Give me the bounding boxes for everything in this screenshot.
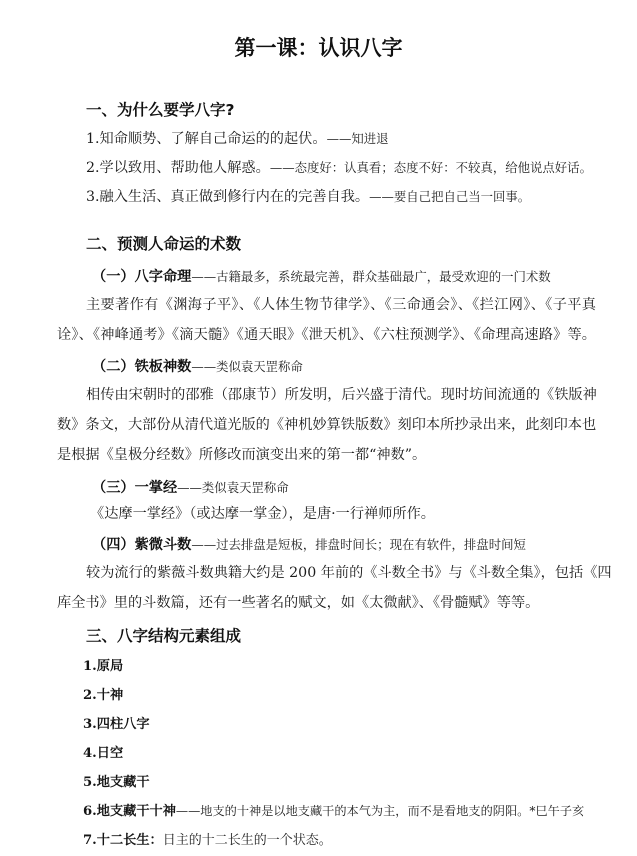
paragraph-line: 是根据《皇极分经数》所修改而演变出来的第一都“神数”。 [57, 448, 426, 462]
subsection-desc: ——过去排盘是短板，排盘时间长；现在有软件，排盘时间短 [191, 537, 526, 552]
subsection-heading: （三）一掌经——类似袁天罡称命 [92, 479, 289, 495]
item-text: 学以致用、帮助他人解惑。 [100, 160, 270, 176]
item-note: ——知进退 [327, 131, 389, 146]
item-text: 地支藏干十神 [97, 804, 176, 819]
list-item: 7.十二长生：日主的十二长生的一个状态。 [83, 834, 332, 847]
item-text: 原局 [97, 659, 123, 674]
subsection-label: （二）铁板神数 [92, 359, 191, 375]
list-item: 4.日空 [83, 747, 123, 760]
subsection-desc: ——类似袁天罡称命 [191, 359, 303, 374]
item-number: 2. [86, 160, 100, 176]
subsection-heading: （一）八字命理——古籍最多，系统最完善，群众基础最广，最受欢迎的一门术数 [92, 268, 551, 284]
item-note: ——要自己把自己当一回事。 [369, 189, 530, 204]
item-number: 6. [83, 804, 97, 819]
item-text: 融入生活、真正做到修行内在的完善自我。 [100, 189, 370, 205]
paragraph-line: 诠》、《神峰通考》《滴天髓》《通天眼》《泄天机》、《六柱预测学》、《命理高速路》… [57, 328, 596, 342]
item-text: 地支藏干 [97, 775, 150, 790]
item-number: 3. [83, 717, 97, 732]
document-page: 第一课：认识八字 一、为什么要学八字? 1.知命顺势、了解自己命运的的起伏。——… [0, 0, 637, 856]
subsection-label: （一）八字命理 [92, 269, 191, 285]
item-text: 知命顺势、了解自己命运的的起伏。 [100, 131, 327, 147]
item-number: 7. [83, 833, 97, 848]
list-item: 1.知命顺势、了解自己命运的的起伏。——知进退 [86, 132, 389, 146]
item-text: 十神 [97, 688, 123, 703]
item-text: 日空 [97, 746, 123, 761]
subsection-heading: （二）铁板神数——类似袁天罡称命 [92, 358, 303, 374]
list-item: 2.学以致用、帮助他人解惑。——态度好：认真看；态度不好：不较真，给他说点好话。 [86, 161, 592, 175]
list-item: 2.十神 [83, 689, 123, 702]
paragraph-line: 相传由宋朝时的邵雅（邵康节）所发明，后兴盛于清代。现时坊间流通的《铁版神 [86, 388, 596, 402]
subsection-label: （四）紫微斗数 [92, 537, 191, 553]
subsection-label: （三）一掌经 [92, 480, 177, 496]
item-text: 十二长生： [97, 833, 163, 848]
section-heading-why-learn: 一、为什么要学八字? [86, 103, 235, 119]
item-number: 2. [83, 688, 97, 703]
list-item: 1.原局 [83, 660, 123, 673]
item-number: 1. [83, 659, 97, 674]
item-note: 日主的十二长生的一个状态。 [163, 833, 332, 848]
page-title: 第一课：认识八字 [0, 38, 637, 59]
paragraph-line: 库全书》里的斗数篇，还有一些著名的赋文，如《太微献》、《骨髓赋》等等。 [57, 596, 539, 610]
list-item: 5.地支藏干 [83, 776, 150, 789]
list-item: 3.四柱八字 [83, 718, 150, 731]
item-note: ——态度好：认真看；态度不好：不较真，给他说点好话。 [270, 160, 592, 175]
paragraph-line: 主要著作有《渊海子平》、《人体生物节律学》、《三命通会》、《拦江网》、《子平真 [86, 298, 596, 312]
item-number: 3. [86, 189, 100, 205]
paragraph-line: 较为流行的紫薇斗数典籍大约是 200 年前的《斗数全书》与《斗数全集》，包括《四 [86, 566, 596, 580]
item-text: 四柱八字 [97, 717, 150, 732]
subsection-desc: ——古籍最多，系统最完善，群众基础最广，最受欢迎的一门术数 [191, 269, 550, 284]
paragraph-line: 《达摩一掌经》（或达摩一掌金），是唐·一行禅师所作。 [90, 507, 435, 521]
item-number: 4. [83, 746, 97, 761]
subsection-desc: ——类似袁天罡称命 [177, 480, 289, 495]
item-number: 5. [83, 775, 97, 790]
item-note: ——地支的十神是以地支藏干的本气为主，而不是看地支的阴阳。*巳午子亥 [176, 804, 584, 818]
section-heading-structure-elements: 三、八字结构元素组成 [86, 629, 241, 645]
list-item: 6.地支藏干十神——地支的十神是以地支藏干的本气为主，而不是看地支的阴阳。*巳午… [83, 805, 584, 818]
paragraph-line: 数》条文，大部份从清代道光版的《神机妙算铁版数》刻印本所抄录出来，此刻印本也 [57, 418, 596, 432]
list-item: 3.融入生活、真正做到修行内在的完善自我。——要自己把自己当一回事。 [86, 190, 530, 204]
item-number: 1. [86, 131, 100, 147]
subsection-heading: （四）紫微斗数——过去排盘是短板，排盘时间长；现在有软件，排盘时间短 [92, 536, 526, 552]
section-heading-divination-arts: 二、预测人命运的术数 [86, 237, 241, 253]
